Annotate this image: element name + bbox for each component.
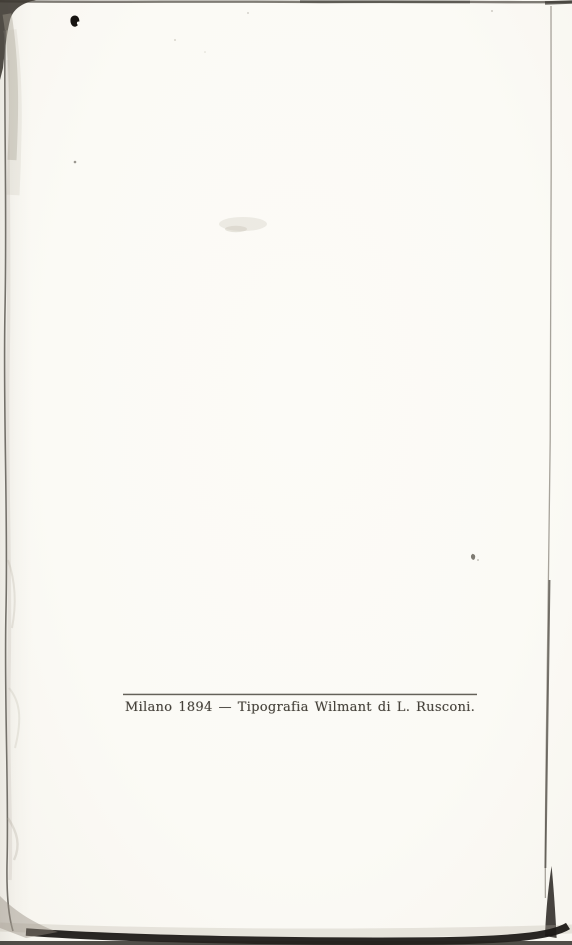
ink-blot-artifact bbox=[70, 16, 80, 27]
torn-corner-top-left bbox=[0, 0, 36, 195]
left-edge-shadow bbox=[5, 30, 20, 931]
colophon-text: Milano 1894 — Tipografia Wilmant di L. R… bbox=[123, 700, 477, 716]
show-through-ghost bbox=[219, 217, 267, 232]
dust-specks bbox=[74, 10, 493, 561]
bottom-edge-shadow bbox=[0, 896, 572, 945]
scanned-book-page: Milano 1894 — Tipografia Wilmant di L. R… bbox=[0, 0, 572, 945]
top-edge-shadow bbox=[0, 1, 572, 3]
scan-artifacts bbox=[0, 0, 572, 945]
colophon-rule bbox=[123, 693, 477, 696]
right-edge-shadow bbox=[545, 6, 557, 938]
